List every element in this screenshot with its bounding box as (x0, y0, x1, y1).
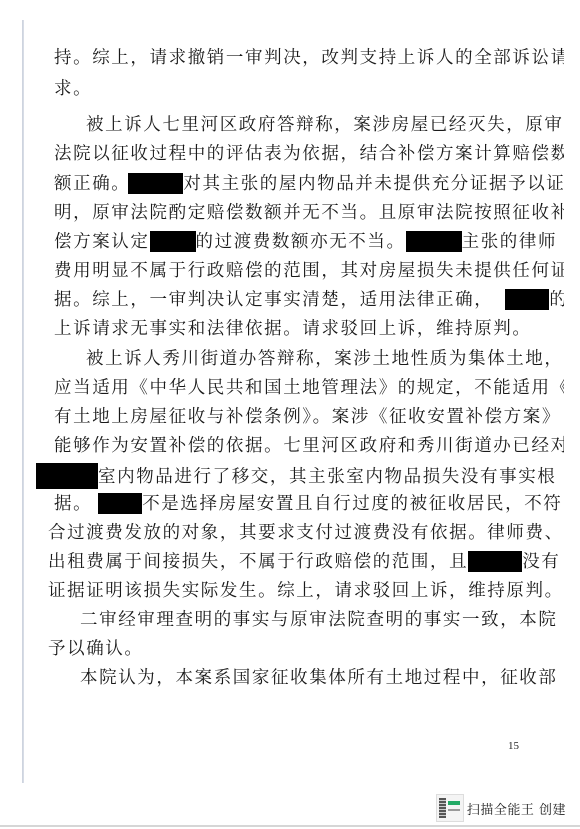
line-text: 不是选择房屋安置且自行过度的被征收居民，不符 (142, 493, 562, 515)
text-line: 偿方案认定的过渡费数额亦无不当。主张的律师 (54, 231, 557, 253)
line-text: 本院认为，本案系国家征收集体所有土地过程中，征收部 (80, 667, 558, 689)
footer: 扫描全能王 创建 (0, 783, 580, 827)
line-text: 上诉请求无事实和法律依据。请求驳回上诉，维持原判。 (54, 318, 532, 340)
redaction-block (505, 289, 549, 310)
line-text: 出租费属于间接损失，不属于行政赔偿的范围，且 (48, 551, 468, 573)
redaction-block (128, 173, 183, 194)
paragraph-start-line: 二审经审理查明的事实与原审法院查明的事实一致，本院 (80, 609, 558, 631)
watermark-text: 扫描全能王 创建 (467, 799, 566, 818)
redaction-block (468, 551, 522, 572)
text-line: 法院以征收过程中的评估表为依据，结合补偿方案计算赔偿数 (54, 143, 564, 165)
redaction-block (150, 231, 196, 252)
text-line: 合过渡费发放的对象，其要求支付过渡费没有依据。律师费、 (48, 522, 564, 544)
page-number: 15 (508, 740, 519, 752)
text-line: 据。综上，一审判决认定事实清楚，适用法律正确，的 (54, 289, 564, 311)
line-text: 没有 (522, 551, 560, 573)
text-line: 额正确。对其主张的屋内物品并未提供充分证据予以证 (54, 173, 564, 195)
line-text: 被上诉人秀川街道办答辩称，案涉土地性质为集体土地， (86, 348, 564, 370)
camscanner-logo-icon (436, 794, 464, 822)
paragraph-start-line: 本院认为，本案系国家征收集体所有土地过程中，征收部 (80, 667, 558, 689)
text-line: 应当适用《中华人民共和国土地管理法》的规定，不能适用《国 (54, 377, 564, 399)
scanned-page: 持。综上，请求撤销一审判决，改判支持上诉人的全部诉讼请 求。 被上诉人七里河区政… (24, 0, 564, 783)
line-text: 的 (549, 289, 564, 311)
line-text: 偿方案认定 (54, 231, 150, 253)
line-text: 证据证明该损失实际发生。综上，请求驳回上诉，维持原判。 (48, 580, 564, 602)
camscanner-watermark: 扫描全能王 创建 (436, 794, 566, 822)
text-line: 明，原审法院酌定赔偿数额并无不当。且原审法院按照征收补 (54, 202, 564, 224)
text-line: 能够作为安置补偿的依据。七里河区政府和秀川街道办已经对 (54, 435, 564, 457)
line-text: 对其主张的屋内物品并未提供充分证据予以证 (183, 173, 564, 195)
text-line: 有土地上房屋征收与补偿条例》。案涉《征收安置补偿方案》 (54, 406, 561, 428)
line-text: 有土地上房屋征收与补偿条例》。案涉《征收安置补偿方案》 (54, 406, 561, 428)
line-text: 费用明显不属于行政赔偿的范围，其对房屋损失未提供任何证 (54, 260, 564, 282)
line-text: 能够作为安置补偿的依据。七里河区政府和秀川街道办已经对 (54, 435, 564, 457)
bottom-divider (0, 825, 580, 827)
redaction-block (406, 231, 462, 252)
text-line: 上诉请求无事实和法律依据。请求驳回上诉，维持原判。 (54, 318, 532, 340)
paragraph-start-line: 被上诉人秀川街道办答辩称，案涉土地性质为集体土地， (86, 348, 564, 370)
line-text: 予以确认。 (48, 638, 144, 660)
line-text: 明，原审法院酌定赔偿数额并无不当。且原审法院按照征收补 (54, 202, 564, 224)
text-line: 据。不是选择房屋安置且自行过度的被征收居民，不符 (54, 493, 562, 515)
text-line: 求。 (54, 78, 92, 100)
line-text: 二审经审理查明的事实与原审法院查明的事实一致，本院 (80, 609, 558, 631)
paragraph-start-line: 被上诉人七里河区政府答辩称，案涉房屋已经灭失，原审 (86, 114, 564, 136)
text-line: 室内物品进行了移交，其主张室内物品损失没有事实根 (36, 464, 556, 486)
line-text: 额正确。 (54, 173, 130, 195)
line-text: 合过渡费发放的对象，其要求支付过渡费没有依据。律师费、 (48, 522, 564, 544)
line-text: 应当适用《中华人民共和国土地管理法》的规定，不能适用《国 (54, 377, 564, 399)
redaction-block (36, 463, 98, 489)
line-text: 室内物品进行了移交，其主张室内物品损失没有事实根 (98, 466, 556, 488)
line-text: 求。 (54, 78, 92, 100)
text-line: 出租费属于间接损失，不属于行政赔偿的范围，且没有 (48, 551, 560, 573)
text-line: 予以确认。 (48, 638, 144, 660)
line-text: 持。综上，请求撤销一审判决，改判支持上诉人的全部诉讼请 (54, 47, 564, 69)
line-text: 法院以征收过程中的评估表为依据，结合补偿方案计算赔偿数 (54, 143, 564, 165)
text-line: 持。综上，请求撤销一审判决，改判支持上诉人的全部诉讼请 (54, 47, 564, 69)
text-line: 证据证明该损失实际发生。综上，请求驳回上诉，维持原判。 (48, 580, 564, 602)
line-text: 据。 (54, 493, 92, 515)
line-text: 主张的律师 (462, 231, 558, 253)
line-text: 的过渡费数额亦无不当。 (196, 231, 406, 253)
line-text: 被上诉人七里河区政府答辩称，案涉房屋已经灭失，原审 (86, 114, 564, 136)
redaction-block (98, 493, 142, 514)
text-line: 费用明显不属于行政赔偿的范围，其对房屋损失未提供任何证 (54, 260, 564, 282)
line-text: 据。综上，一审判决认定事实清楚，适用法律正确， (54, 289, 493, 311)
